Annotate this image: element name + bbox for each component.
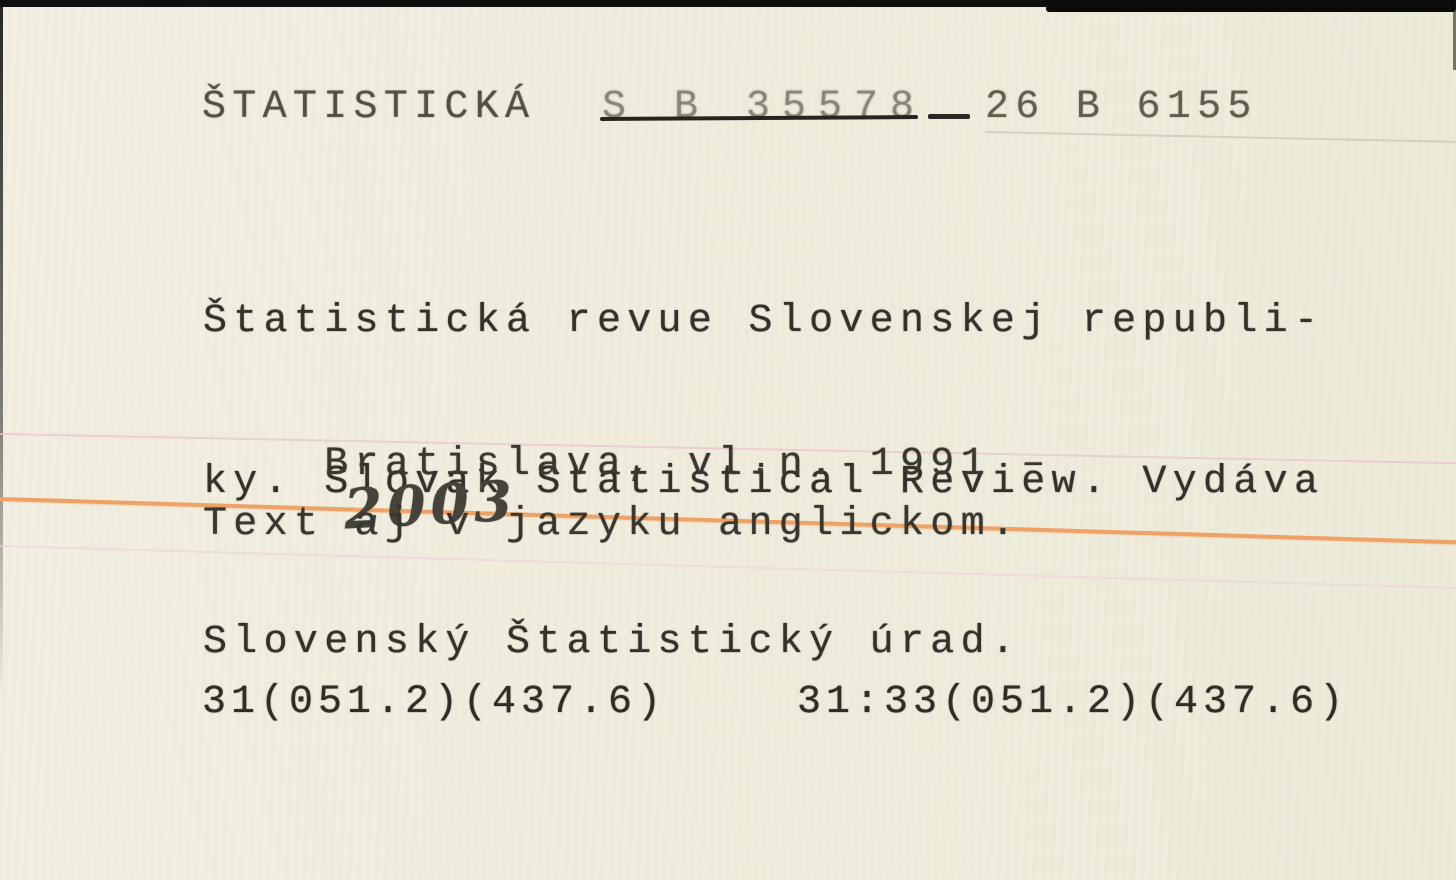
strikethrough-dash <box>928 114 970 119</box>
title-line-3: Slovenský Štatistický úrad. <box>203 616 1324 670</box>
language-note: Text aj v jazyku anglickom. <box>203 503 1021 547</box>
scan-edge-top-right <box>1046 0 1456 12</box>
cancelled-shelfmark: S B 35578 <box>602 86 926 130</box>
card-heading: ŠTATISTICKÁ <box>202 86 535 130</box>
udc-classification-right: 31:33(051.2)(437.6) <box>797 681 1348 725</box>
catalog-card-scan: ŠTATISTICKÁ S B 35578 26 B 6155 Štatisti… <box>0 0 1456 880</box>
title-line-1: Štatistická revue Slovenskej republi- <box>203 295 1324 349</box>
udc-classification-left: 31(051.2)(437.6) <box>202 681 666 725</box>
imprint-line: Bratislava, vl.n. 1991 – 2003 <box>203 399 1052 585</box>
ruled-line-faint-top <box>985 131 1456 143</box>
scan-edge-left <box>0 0 3 700</box>
shelfmark: 26 B 6155 <box>985 86 1258 130</box>
